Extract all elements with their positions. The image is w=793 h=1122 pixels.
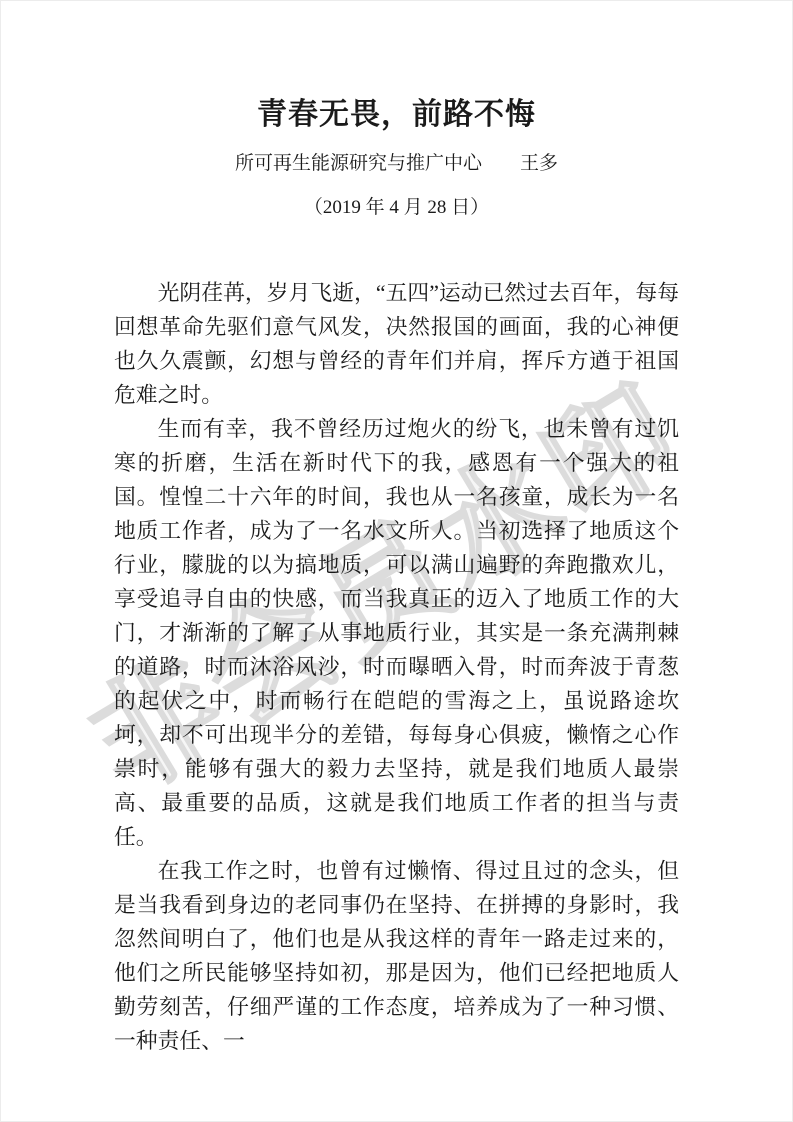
byline-author: 王多 — [520, 153, 558, 174]
date-line: （2019 年 4 月 28 日） — [114, 195, 679, 221]
document-title: 青春无畏，前路不悔 — [114, 95, 679, 135]
paragraph-2: 生而有幸，我不曾经历过炮火的纷飞，也未曾有过饥寒的折磨，生活在新时代下的我，感恩… — [114, 412, 679, 854]
paragraph-1: 光阴荏苒，岁月飞逝，“五四”运动已然过去百年，每每回想革命先驱们意气风发，决然报… — [114, 276, 679, 412]
document-page: 非会员水印 青春无畏，前路不悔 所可再生能源研究与推广中心王多 （2019 年 … — [0, 0, 793, 1122]
document-body: 光阴荏苒，岁月飞逝，“五四”运动已然过去百年，每每回想革命先驱们意气风发，决然报… — [114, 276, 679, 1058]
byline-organization: 所可再生能源研究与推广中心 — [235, 153, 482, 174]
document-content: 青春无畏，前路不悔 所可再生能源研究与推广中心王多 （2019 年 4 月 28… — [1, 1, 792, 1058]
paragraph-3: 在我工作之时，也曾有过懒惰、得过且过的念头，但是当我看到身边的老同事仍在坚持、在… — [114, 854, 679, 1058]
byline: 所可再生能源研究与推广中心王多 — [114, 151, 679, 177]
